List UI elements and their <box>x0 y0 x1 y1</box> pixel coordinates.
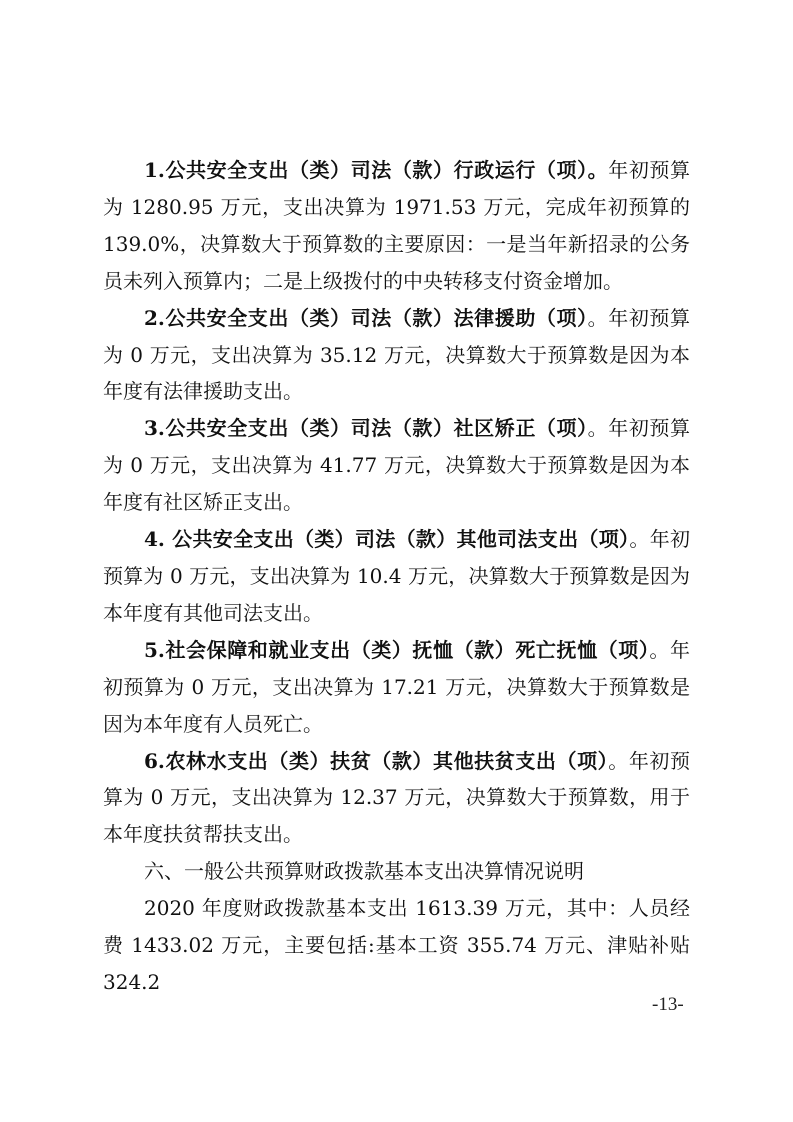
paragraph-item-3: 3.公共安全支出（类）司法（款）社区矫正（项）。年初预算为 0 万元，支出决算为… <box>103 410 690 521</box>
document-page: 1.公共安全支出（类）司法（款）行政运行（项）。年初预算为 1280.95 万元… <box>0 0 793 1122</box>
section-paragraph: 2020 年度财政拨款基本支出 1613.39 万元，其中：人员经费 1433.… <box>103 890 690 1001</box>
paragraph-item-6: 6.农林水支出（类）扶贫（款）其他扶贫支出（项）。年初预算为 0 万元，支出决算… <box>103 743 690 854</box>
item-heading: 5.社会保障和就业支出（类）抚恤（款）死亡抚恤（项） <box>144 638 649 662</box>
page-number: -13- <box>652 994 684 1016</box>
page-content: 1.公共安全支出（类）司法（款）行政运行（项）。年初预算为 1280.95 万元… <box>103 152 690 1001</box>
item-heading: 4. 公共安全支出（类）司法（款）其他司法支出（项） <box>144 527 629 551</box>
section-title: 六、一般公共预算财政拨款基本支出决算情况说明 <box>103 853 690 890</box>
item-heading: 2.公共安全支出（类）司法（款）法律援助（项） <box>144 306 588 330</box>
item-heading: 1.公共安全支出（类）司法（款）行政运行（项）。 <box>144 158 608 182</box>
item-heading: 6.农林水支出（类）扶贫（款）其他扶贫支出（项） <box>144 749 608 773</box>
paragraph-item-1: 1.公共安全支出（类）司法（款）行政运行（项）。年初预算为 1280.95 万元… <box>103 152 690 300</box>
paragraph-item-2: 2.公共安全支出（类）司法（款）法律援助（项）。年初预算为 0 万元，支出决算为… <box>103 300 690 411</box>
paragraph-item-4: 4. 公共安全支出（类）司法（款）其他司法支出（项）。年初预算为 0 万元，支出… <box>103 521 690 632</box>
item-heading: 3.公共安全支出（类）司法（款）社区矫正（项） <box>144 416 588 440</box>
paragraph-item-5: 5.社会保障和就业支出（类）抚恤（款）死亡抚恤（项）。年初预算为 0 万元，支出… <box>103 632 690 743</box>
